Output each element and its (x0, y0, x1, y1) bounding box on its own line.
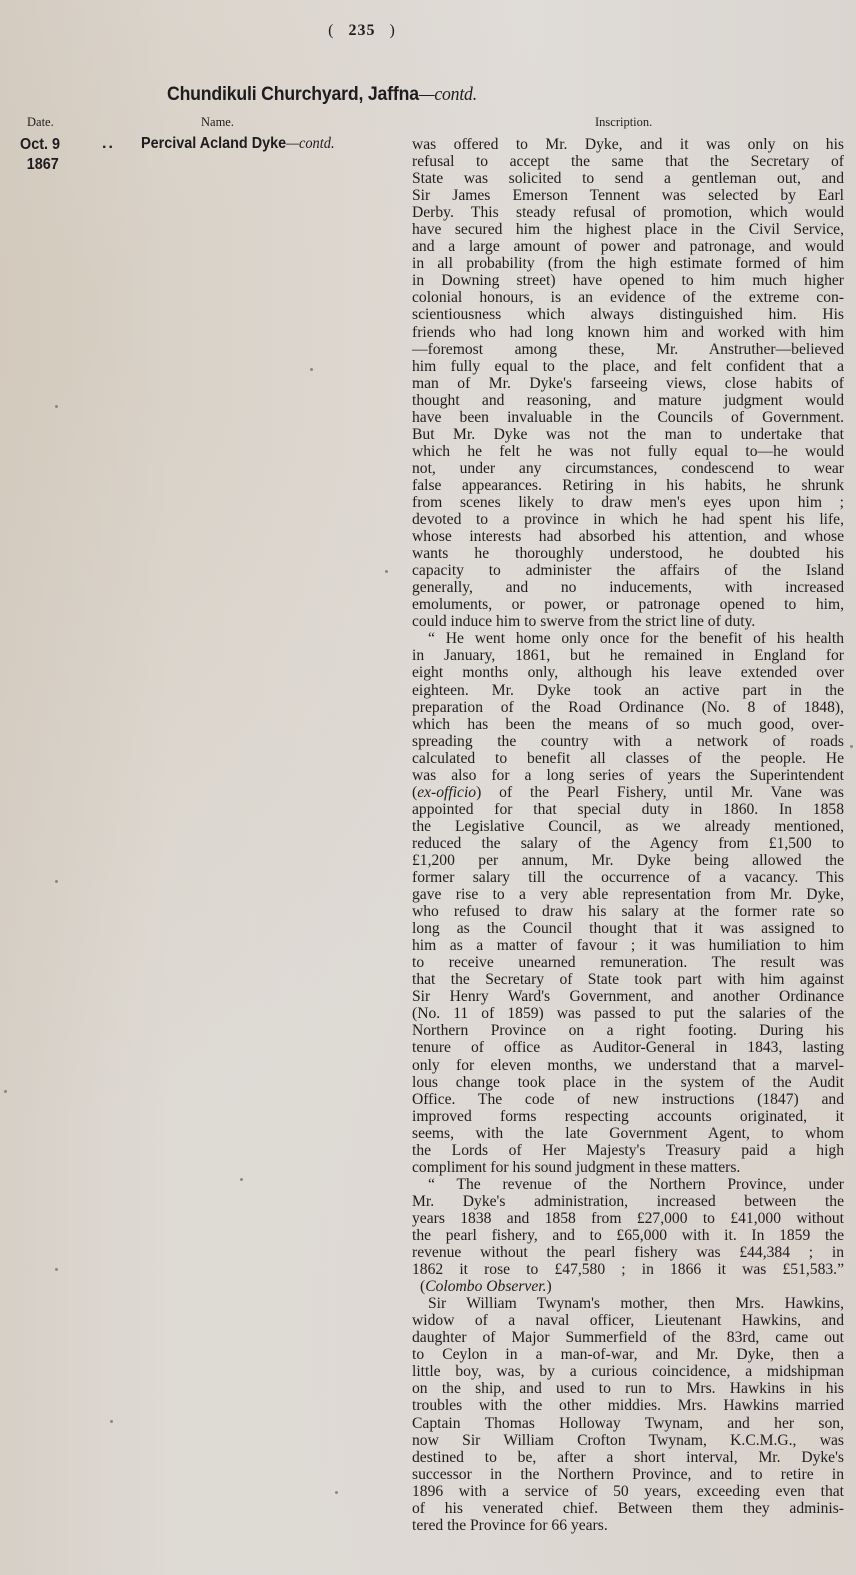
column-header-name: Name. (201, 115, 234, 130)
inscription-line: successor in the Northern Province, and … (412, 1466, 844, 1483)
inscription-line: (ex-officio) of the Pearl Fishery, until… (412, 784, 844, 801)
paper-speck (110, 1420, 113, 1423)
inscription-line: (No. 11 of 1859) was passed to put the s… (412, 1005, 844, 1022)
inscription-line: long as the Council thought that it was … (412, 920, 844, 937)
inscription-line: that the Secretary of State took part wi… (412, 971, 844, 988)
inscription-line: who refused to draw his salary at the fo… (412, 903, 844, 920)
inscription-line: Northern Province on a right footing. Du… (412, 1022, 844, 1039)
inscription-line: tenure of office as Auditor-General in 1… (412, 1039, 844, 1056)
inscription-line: refusal to accept the same that the Secr… (412, 153, 844, 170)
paper-speck (310, 368, 313, 371)
inscription-line: scientiousness which always distinguishe… (412, 306, 844, 323)
entry-date-year: 1867 (20, 155, 60, 175)
inscription-line: not, under any circumstances, condescend… (412, 460, 844, 477)
paper-speck (55, 1268, 58, 1271)
inscription-line: improved forms respecting accounts origi… (412, 1108, 844, 1125)
document-page: (235) Chundikuli Churchyard, Jaffna—cont… (0, 0, 856, 1575)
inscription-line: have secured him the highest place in th… (412, 221, 844, 238)
inscription-line: Office. The code of new instructions (18… (412, 1091, 844, 1108)
inscription-line: calculated to benefit all classes of the… (412, 750, 844, 767)
inscription-line: to receive unearned remuneration. The re… (412, 954, 844, 971)
inscription-line: —foremost among these, Mr. Anstruther—be… (412, 341, 844, 358)
inscription-line: Mr. Dyke's administration, increased bet… (412, 1193, 844, 1210)
inscription-line: the Legislative Council, as we already m… (412, 818, 844, 835)
inscription-line: and a large amount of power and patronag… (412, 238, 844, 255)
inscription-line: to Ceylon in a man-of-war, and Mr. Dyke,… (412, 1346, 844, 1363)
inscription-line: “ The revenue of the Northern Province, … (412, 1176, 844, 1193)
entry-leader-dots: .. (102, 135, 115, 153)
inscription-line: preparation of the Road Ordinance (No. 8… (412, 699, 844, 716)
inscription-line: generally, and no inducements, with incr… (412, 579, 844, 596)
section-title: Chundikuli Churchyard, Jaffna—contd. (167, 84, 477, 106)
inscription-line: appointed for that special duty in 1860.… (412, 801, 844, 818)
paper-speck (4, 1090, 7, 1093)
inscription-line: Derby. This steady refusal of promotion,… (412, 204, 844, 221)
inscription-line: on the ship, and used to run to Mrs. Haw… (412, 1380, 844, 1397)
section-title-contd: —contd. (419, 84, 477, 105)
inscription-line: the Lords of Her Majesty's Treasury paid… (412, 1142, 844, 1159)
paper-speck (55, 880, 58, 883)
inscription-line: Captain Thomas Holloway Twynam, and her … (412, 1415, 844, 1432)
inscription-line: capacity to administer the affairs of th… (412, 562, 844, 579)
inscription-line: Sir James Emerson Tennent was selected b… (412, 187, 844, 204)
inscription-line: man of Mr. Dyke's farseeing views, close… (412, 375, 844, 392)
inscription-line: from scenes likely to draw men's eyes up… (412, 494, 844, 511)
inscription-line: seems, with the late Government Agent, t… (412, 1125, 844, 1142)
inscription-line: former salary till the occurrence of a v… (412, 869, 844, 886)
inscription-line: colonial honours, is an evidence of the … (412, 289, 844, 306)
inscription-line: in January, 1861, but he remained in Eng… (412, 647, 844, 664)
inscription-line: in all probability (from the high estima… (412, 255, 844, 272)
inscription-text: was offered to Mr. Dyke, and it was only… (412, 136, 844, 1534)
inscription-line: was also for a long series of years the … (412, 767, 844, 784)
inscription-line: 1896 with a service of 50 years, exceedi… (412, 1483, 844, 1500)
inscription-line: (Colombo Observer.) (412, 1278, 844, 1295)
inscription-line: “ He went home only once for the benefit… (412, 630, 844, 647)
inscription-line: whose interests had absorbed his attenti… (412, 528, 844, 545)
inscription-line: devoted to a province in which he had sp… (412, 511, 844, 528)
inscription-line: revenue without the pearl fishery was £4… (412, 1244, 844, 1261)
inscription-line: wants he thoroughly understood, he doubt… (412, 545, 844, 562)
inscription-line: in Downing street) have opened to him mu… (412, 272, 844, 289)
inscription-line: could induce him to swerve from the stri… (412, 613, 844, 630)
inscription-line: widow of a naval officer, Lieutenant Haw… (412, 1312, 844, 1329)
paper-speck (385, 570, 388, 573)
inscription-line: little boy, was, by a curious coincidenc… (412, 1363, 844, 1380)
inscription-line: of his venerated chief. Between them the… (412, 1500, 844, 1517)
inscription-line: eight months only, although his leave ex… (412, 664, 844, 681)
inscription-line: now Sir William Crofton Twynam, K.C.M.G.… (412, 1432, 844, 1449)
inscription-line: him as a matter of favour ; it was humil… (412, 937, 844, 954)
entry-name: Percival Acland Dyke—contd. (141, 135, 335, 153)
inscription-line: destined to be, after a short interval, … (412, 1449, 844, 1466)
inscription-line: spreading the country with a network of … (412, 733, 844, 750)
entry-date: Oct. 9 1867 (20, 135, 60, 175)
paper-speck (240, 1178, 243, 1181)
column-header-inscription: Inscription. (595, 115, 652, 130)
inscription-line: him fully equal to the place, and felt c… (412, 358, 844, 375)
inscription-line: State was solicited to send a gentleman … (412, 170, 844, 187)
inscription-line: Sir Henry Ward's Government, and another… (412, 988, 844, 1005)
paper-speck (55, 405, 58, 408)
inscription-line: troubles with the other middies. Mrs. Ha… (412, 1397, 844, 1414)
section-title-text: Chundikuli Churchyard, Jaffna (167, 84, 419, 105)
entry-name-text: Percival Acland Dyke (141, 135, 286, 152)
column-header-date: Date. (27, 115, 54, 130)
inscription-line: emoluments, or power, or patronage opene… (412, 596, 844, 613)
inscription-line: years 1838 and 1858 from £27,000 to £41,… (412, 1210, 844, 1227)
inscription-line: only for eleven months, we understand th… (412, 1057, 844, 1074)
inscription-line: lous change took place in the system of … (412, 1074, 844, 1091)
inscription-line: was offered to Mr. Dyke, and it was only… (412, 136, 844, 153)
inscription-line: daughter of Major Summerfield of the 83r… (412, 1329, 844, 1346)
entry-name-contd: —contd. (286, 135, 334, 152)
inscription-line: false appearances. Retiring in his habit… (412, 477, 844, 494)
entry-date-day: Oct. 9 (20, 135, 60, 155)
inscription-line: which he felt he was not fully equal to—… (412, 443, 844, 460)
inscription-line: have been invaluable in the Councils of … (412, 409, 844, 426)
inscription-line: gave rise to a very able representation … (412, 886, 844, 903)
inscription-line: thought and reasoning, and mature judgme… (412, 392, 844, 409)
paper-speck (850, 745, 853, 748)
inscription-line: Sir William Twynam's mother, then Mrs. H… (412, 1295, 844, 1312)
inscription-line: But Mr. Dyke was not the man to undertak… (412, 426, 844, 443)
inscription-line: eighteen. Mr. Dyke took an active part i… (412, 682, 844, 699)
inscription-line: the pearl fishery, and to £65,000 with i… (412, 1227, 844, 1244)
inscription-line: tered the Province for 66 years. (412, 1517, 844, 1534)
inscription-line: reduced the salary of the Agency from £1… (412, 835, 844, 852)
inscription-line: £1,200 per annum, Mr. Dyke being allowed… (412, 852, 844, 869)
page-number-value: 235 (349, 22, 376, 39)
inscription-line: friends who had long known him and worke… (412, 324, 844, 341)
paper-speck (335, 1491, 338, 1494)
inscription-line: compliment for his sound judgment in the… (412, 1159, 844, 1176)
inscription-line: 1862 it rose to £47,580 ; in 1866 it was… (412, 1261, 844, 1278)
page-number: (235) (0, 22, 724, 40)
inscription-line: which has been the means of so much good… (412, 716, 844, 733)
